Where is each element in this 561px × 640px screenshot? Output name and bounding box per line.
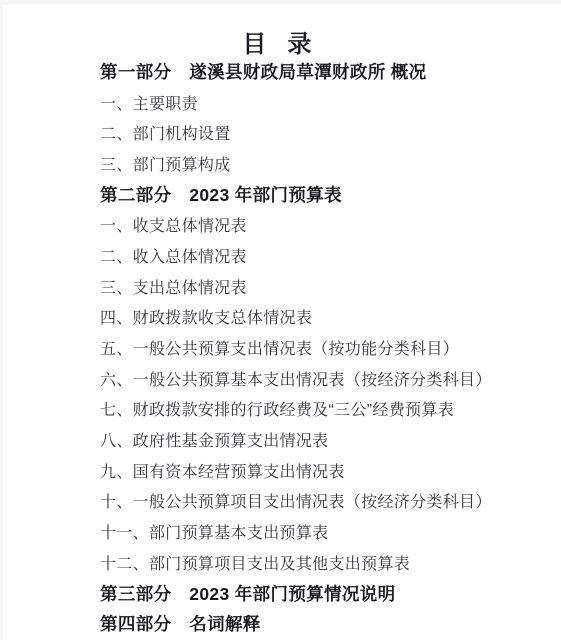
toc-entry: 五、一般公共预算支出情况表（按功能分类科目）: [100, 332, 551, 363]
toc-entry: 三、支出总体情况表: [100, 271, 551, 302]
scan-edge-top: [0, 0, 561, 5]
toc-entry: 一、主要职责: [100, 87, 551, 118]
toc-section-heading: 第三部分 2023 年部门预算情况说明: [100, 578, 551, 609]
toc-entry: 九、国有资本经营预算支出情况表: [100, 455, 551, 486]
toc-entry: 一、收支总体情况表: [100, 209, 551, 240]
toc-entry: 四、财政拨款收支总体情况表: [100, 302, 551, 333]
toc-entry: 八、政府性基金预算支出情况表: [100, 424, 551, 455]
toc-section-heading: 第一部分 遂溪县财政局草潭财政所 概况: [100, 56, 551, 87]
toc-entry: 七、财政拨款安排的行政经费及“三公”经费预算表: [100, 394, 551, 425]
toc-entry: 十一、部门预算基本支出预算表: [100, 516, 551, 547]
toc-entry: 十二、部门预算项目支出及其他支出预算表: [100, 547, 551, 578]
toc-page: 目 录 第一部分 遂溪县财政局草潭财政所 概况一、主要职责二、部门机构设置三、部…: [0, 0, 561, 640]
toc-entry: 六、一般公共预算基本支出情况表（按经济分类科目）: [100, 363, 551, 394]
toc-entry: 三、部门预算构成: [100, 148, 551, 179]
toc-section-heading: 第四部分 名词解释: [100, 608, 551, 639]
toc-entry: 二、部门机构设置: [100, 117, 551, 148]
toc-section-heading: 第二部分 2023 年部门预算表: [100, 179, 551, 210]
toc-title: 目 录: [0, 24, 561, 59]
scan-edge-left: [0, 0, 3, 640]
toc-entry: 二、收入总体情况表: [100, 240, 551, 271]
toc-entry: 十、一般公共预算项目支出情况表（按经济分类科目）: [100, 486, 551, 517]
toc-entries: 第一部分 遂溪县财政局草潭财政所 概况一、主要职责二、部门机构设置三、部门预算构…: [100, 56, 551, 639]
